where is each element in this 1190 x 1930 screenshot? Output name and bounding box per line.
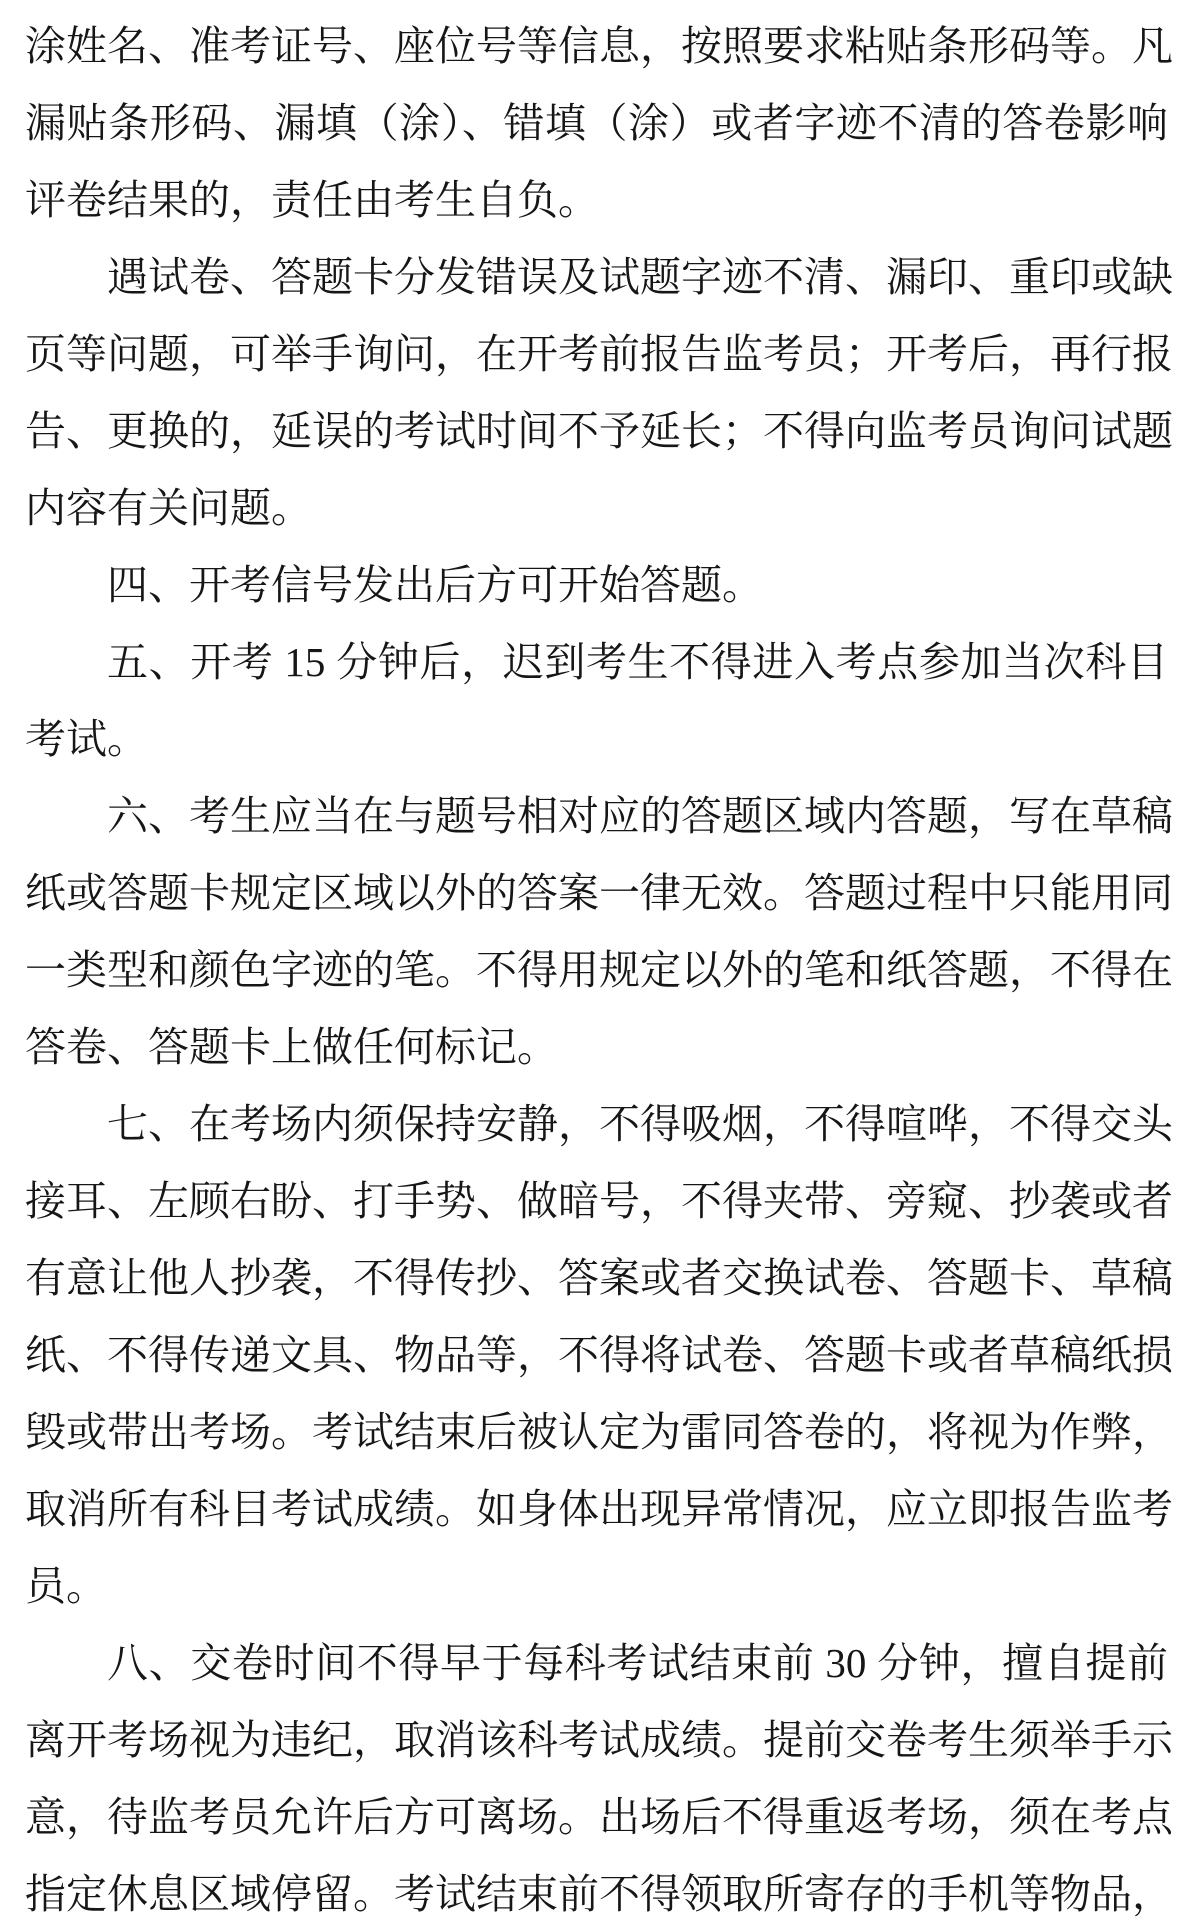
- text-line: 接耳、左顾右盼、打手势、做暗号，不得夹带、旁窥、抄袭或者: [25, 1163, 1168, 1240]
- document-text: 涂姓名、准考证号、座位号等信息，按照要求粘贴条形码等。凡漏贴条形码、漏填（涂）、…: [25, 8, 1168, 1930]
- text-line: 毁或带出考场。考试结束后被认定为雷同答卷的，将视为作弊，: [25, 1394, 1168, 1471]
- text-line: 六、考生应当在与题号相对应的答题区域内答题，写在草稿: [25, 778, 1168, 855]
- text-line: 评卷结果的，责任由考生自负。: [25, 162, 1168, 239]
- text-line: 员。: [25, 1548, 1168, 1625]
- text-line: 八、交卷时间不得早于每科考试结束前 30 分钟，擅自提前: [25, 1625, 1168, 1702]
- text-line: 四、开考信号发出后方可开始答题。: [25, 547, 1168, 624]
- text-line: 告、更换的，延误的考试时间不予延长；不得向监考员询问试题: [25, 393, 1168, 470]
- text-line: 有意让他人抄袭，不得传抄、答案或者交换试卷、答题卡、草稿: [25, 1240, 1168, 1317]
- text-line: 纸或答题卡规定区域以外的答案一律无效。答题过程中只能用同: [25, 855, 1168, 932]
- text-line: 一类型和颜色字迹的笔。不得用规定以外的笔和纸答题，不得在: [25, 932, 1168, 1009]
- text-line: 七、在考场内须保持安静，不得吸烟，不得喧哗，不得交头: [25, 1086, 1168, 1163]
- text-line: 指定休息区域停留。考试结束前不得领取所寄存的手机等物品，: [25, 1856, 1168, 1930]
- text-line: 漏贴条形码、漏填（涂）、错填（涂）或者字迹不清的答卷影响: [25, 85, 1168, 162]
- text-line: 内容有关问题。: [25, 470, 1168, 547]
- text-line: 考试。: [25, 701, 1168, 778]
- text-line: 涂姓名、准考证号、座位号等信息，按照要求粘贴条形码等。凡: [25, 8, 1168, 85]
- text-line: 离开考场视为违纪，取消该科考试成绩。提前交卷考生须举手示: [25, 1702, 1168, 1779]
- text-line: 五、开考 15 分钟后，迟到考生不得进入考点参加当次科目: [25, 624, 1168, 701]
- text-line: 意，待监考员允许后方可离场。出场后不得重返考场，须在考点: [25, 1779, 1168, 1856]
- text-line: 取消所有科目考试成绩。如身体出现异常情况，应立即报告监考: [25, 1471, 1168, 1548]
- text-line: 页等问题，可举手询问，在开考前报告监考员；开考后，再行报: [25, 316, 1168, 393]
- text-line: 答卷、答题卡上做任何标记。: [25, 1009, 1168, 1086]
- text-line: 纸、不得传递文具、物品等，不得将试卷、答题卡或者草稿纸损: [25, 1317, 1168, 1394]
- document-page: 涂姓名、准考证号、座位号等信息，按照要求粘贴条形码等。凡漏贴条形码、漏填（涂）、…: [0, 0, 1190, 1930]
- text-line: 遇试卷、答题卡分发错误及试题字迹不清、漏印、重印或缺: [25, 239, 1168, 316]
